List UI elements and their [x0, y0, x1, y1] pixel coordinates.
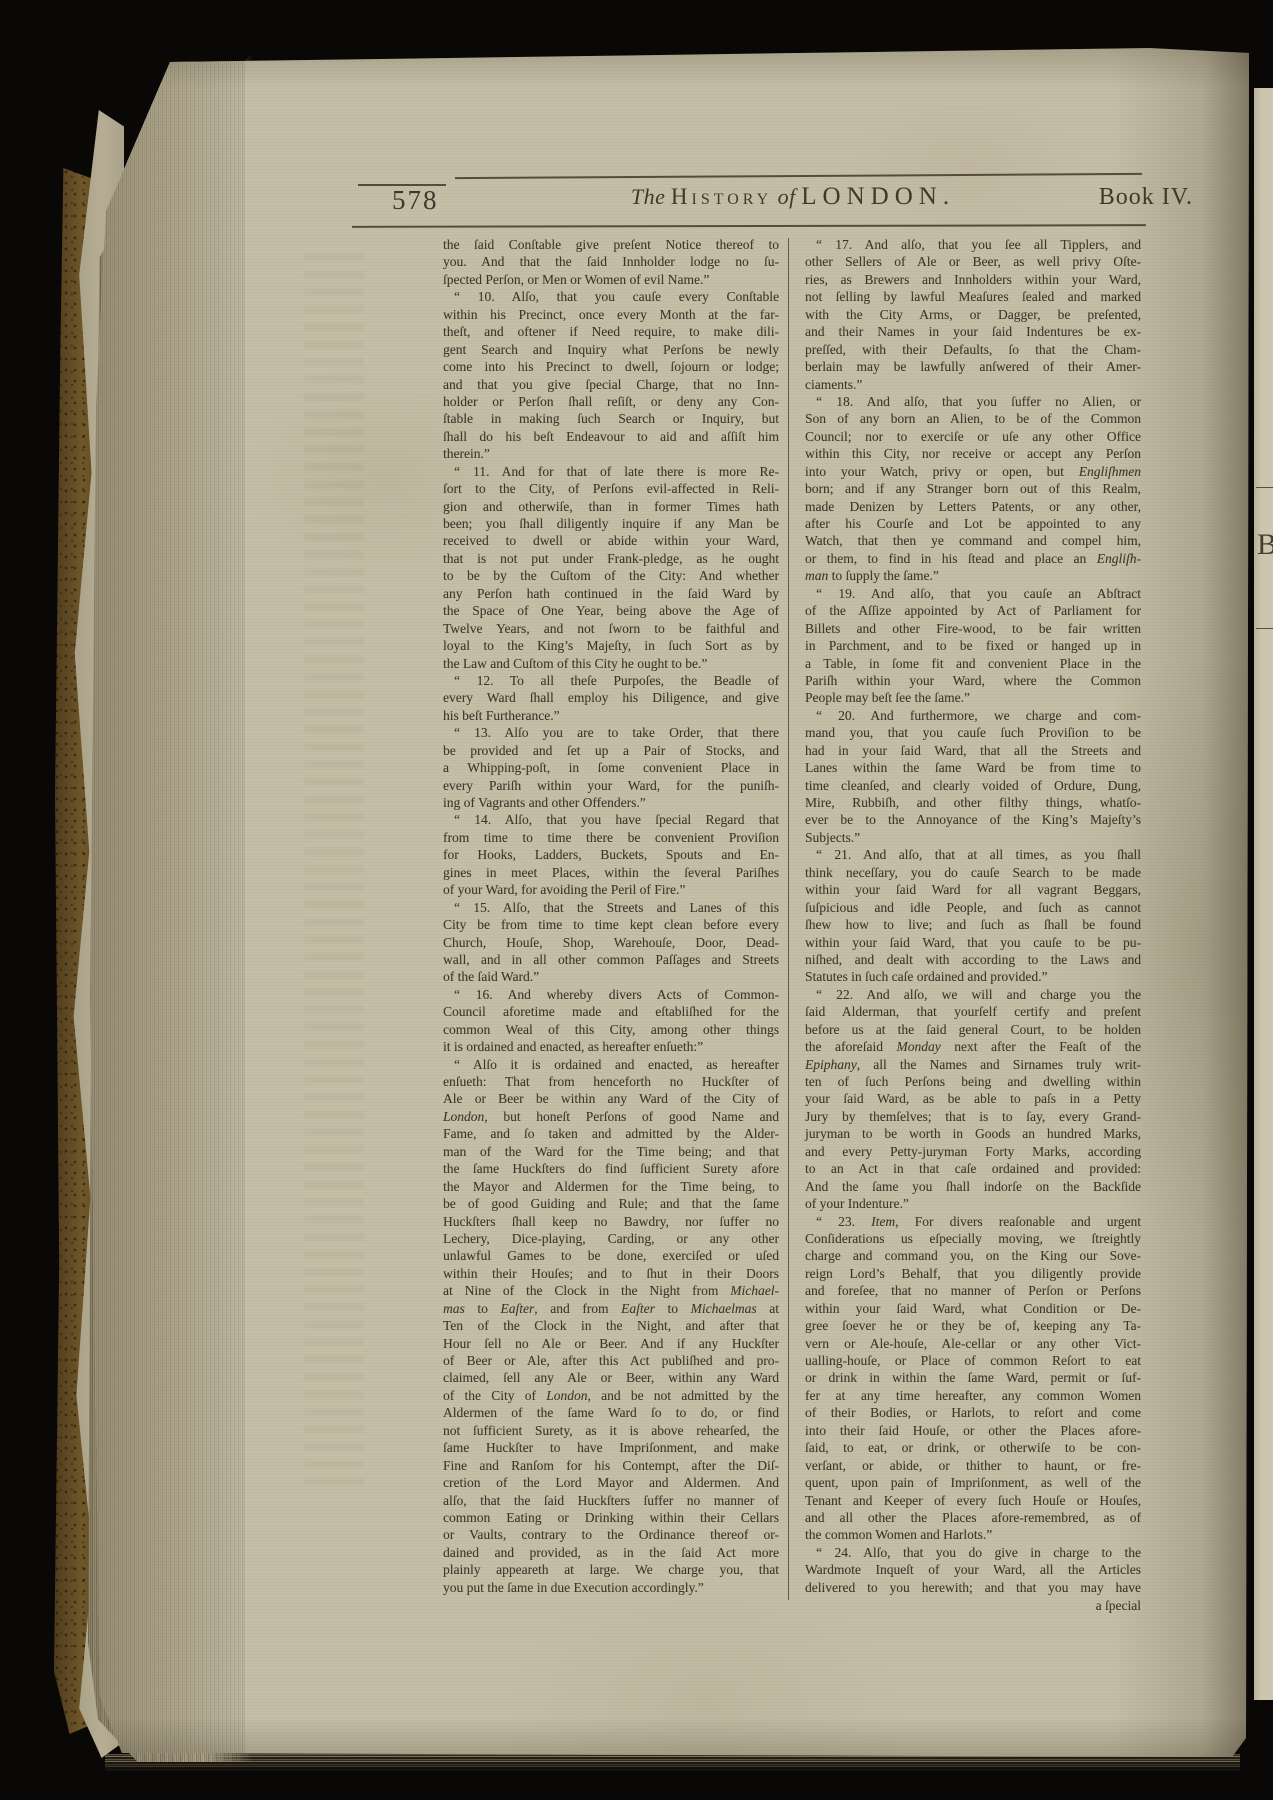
text-line: the ſaid Conſtable give preſent Notice t…	[443, 236, 779, 253]
text-line: any Perſon hath continued in the ſaid Wa…	[443, 585, 779, 602]
text-line: ſtable in making ſuch Search or Inquiry,…	[443, 410, 779, 427]
text-line: born; and if any Stranger born out of th…	[805, 480, 1141, 497]
text-line: the ſame Huckſters do find ſufficient Su…	[443, 1160, 779, 1177]
text-line: of Beer or Ale, after this Act publiſhed…	[443, 1352, 779, 1369]
text-line: “ 18. And alſo, that you ſuffer no Alien…	[805, 393, 1141, 410]
text-line: into your Watch, privy or open, but Engl…	[805, 463, 1141, 480]
text-line: enſueth: That from henceforth no Huckſte…	[443, 1073, 779, 1090]
text-line: within this City, nor receive or accept …	[805, 445, 1141, 462]
text-line: Huckſters ſhall keep no Bawdry, nor ſuff…	[443, 1213, 779, 1230]
text-line: Tenant and Keeper of every ſuch Houſe or…	[805, 1492, 1141, 1509]
text-line: and their Names in your ſaid Indentures …	[805, 323, 1141, 340]
text-line: into their ſaid Houſe, or other the Plac…	[805, 1422, 1141, 1439]
text-line: alſo, that the ſaid Huckſters ſuffer no …	[443, 1492, 779, 1509]
text-line: ſaid Alderman, that yourſelf certify and…	[805, 1003, 1141, 1020]
text-line: “ 13. Alſo you are to take Order, that t…	[443, 724, 779, 741]
title-word-the: The	[631, 184, 666, 209]
title-word-london: LONDON.	[801, 183, 955, 210]
text-line: common Eating or Drinking within their C…	[443, 1509, 779, 1526]
text-line: that is not put under Frank-pledge, as h…	[443, 550, 779, 567]
text-line: every Pariſh within your Ward, for the p…	[443, 777, 779, 794]
text-line: delivered to you herewith; and that you …	[805, 1579, 1141, 1596]
text-line: Twelve Years, and not ſworn to be faithf…	[443, 620, 779, 637]
next-page-letter: B	[1257, 528, 1273, 562]
title-word-of: of	[778, 184, 796, 209]
text-line: within their Houſes; and to ſhut in thei…	[443, 1265, 779, 1282]
text-line: Son of any born an Alien, to be of the C…	[805, 410, 1141, 427]
next-page-header-rule-top	[1256, 487, 1273, 488]
text-line: ten of ſuch Perſons being and dwelling w…	[805, 1073, 1141, 1090]
text-line: Epiphany, all the Names and Sirnames tru…	[805, 1056, 1141, 1073]
text-line: “ 16. And whereby divers Acts of Common-	[443, 986, 779, 1003]
text-line: “ 19. And alſo, that you cauſe an Abſtra…	[805, 585, 1141, 602]
text-line: time cleanſed, and clearly voided of Ord…	[805, 777, 1141, 794]
text-line: fer at any time hereafter, any common Wo…	[805, 1387, 1141, 1404]
text-line: within your ſaid Ward, what Condition or…	[805, 1300, 1141, 1317]
text-line: within your ſaid Ward for all vagrant Be…	[805, 881, 1141, 898]
text-line: therein.”	[443, 445, 779, 462]
text-line: be provided and ſet up a Pair of Stocks,…	[443, 742, 779, 759]
page-bottom-edges	[105, 1754, 1240, 1772]
title-word-history: History	[671, 184, 772, 209]
text-line: “ Alſo it is ordained and enacted, as he…	[443, 1056, 779, 1073]
text-line: the common Women and Harlots.”	[805, 1526, 1141, 1543]
text-line: after his Courſe and Lot be appointed to…	[805, 515, 1141, 532]
text-line: Ale or Beer be within any Ward of the Ci…	[443, 1090, 779, 1107]
text-line: preſſed, with their Defaults, ſo that th…	[805, 341, 1141, 358]
text-line: it is ordained and enacted, as hereafter…	[443, 1038, 779, 1055]
page-number: 578	[392, 185, 439, 216]
text-line: of the ſaid Ward.”	[443, 968, 779, 985]
text-line: reign Lord’s Behalf, that you diligently…	[805, 1265, 1141, 1282]
text-line: theſt, and oftener if Need require, to m…	[443, 323, 779, 340]
left-column: the ſaid Conſtable give preſent Notice t…	[443, 236, 779, 1596]
text-line: mas to Eaſter, and from Eaſter to Michae…	[443, 1300, 779, 1317]
text-line: within your ſaid Ward, that you cauſe to…	[805, 934, 1141, 951]
text-line: berlain may be lawfully anſwered of thei…	[805, 358, 1141, 375]
text-line: the Space of One Year, being above the A…	[443, 602, 779, 619]
header-rule-bottom	[352, 224, 1146, 227]
text-line: Church, Houſe, Shop, Warehouſe, Door, De…	[443, 934, 779, 951]
text-line: “ 23. Item, For divers reaſonable and ur…	[805, 1213, 1141, 1230]
text-line: “ 21. And alſo, that at all times, as yo…	[805, 846, 1141, 863]
text-line: from time to time there be convenient Pr…	[443, 829, 779, 846]
text-line: other Sellers of Ale or Beer, as well pr…	[805, 253, 1141, 270]
book-page: 578 The History of LONDON. Book IV. the …	[86, 46, 1249, 1760]
text-line: London, but honeſt Perſons of good Name …	[443, 1108, 779, 1125]
text-line: cretion of the Lord Mayor and Aldermen. …	[443, 1474, 779, 1491]
text-line: Lechery, Dice-playing, Carding, or any o…	[443, 1230, 779, 1247]
text-line: mand you, that you cauſe ſuch Proviſion …	[805, 724, 1141, 741]
text-line: Wardmote Inqueſt of your Ward, all the A…	[805, 1561, 1141, 1578]
text-line: come into his Precinct to dwell, ſojourn…	[443, 358, 779, 375]
text-line: and every Petty-juryman Forty Marks, acc…	[805, 1143, 1141, 1160]
text-line: ing of Vagrants and other Offenders.”	[443, 794, 779, 811]
text-line: Subjects.”	[805, 829, 1141, 846]
text-line: not ſelling by lawful Meaſures ſealed an…	[805, 288, 1141, 305]
text-line: the Law and Cuſtom of this City he ought…	[443, 655, 779, 672]
text-line: a Table, in ſome fit and convenient Plac…	[805, 655, 1141, 672]
text-line: ſpected Perſon, or Men or Women of evil …	[443, 271, 779, 288]
text-line: with the City Arms, or Dagger, be preſen…	[805, 306, 1141, 323]
text-line: plainly appeareth at large. We charge yo…	[443, 1561, 779, 1578]
text-line: think neceſſary, you do cauſe Search to …	[805, 864, 1141, 881]
text-line: you put the ſame in due Execution accord…	[443, 1579, 779, 1596]
text-line: ries, as Brewers and Innholders within y…	[805, 271, 1141, 288]
text-line: or them, to find in his ſtead and place …	[805, 550, 1141, 567]
text-line: niſhed, and dealt with according to the …	[805, 951, 1141, 968]
text-line: “ 15. Alſo, that the Streets and Lanes o…	[443, 899, 779, 916]
text-line: and foreſee, that no manner of Perſon or…	[805, 1282, 1141, 1299]
text-line: the aforeſaid Monday next after the Feaſ…	[805, 1038, 1141, 1055]
text-line: ever be to the Annoyance of the King’s M…	[805, 811, 1141, 828]
text-line: “ 12. To all theſe Purpoſes, the Beadle …	[443, 672, 779, 689]
text-line: received to dwell or abide within your W…	[443, 532, 779, 549]
text-line: Lanes within the ſame Ward be from time …	[805, 759, 1141, 776]
right-column: “ 17. And alſo, that you ſee all Tippler…	[805, 236, 1141, 1596]
text-line: in Parchment, and to be fixed or hanged …	[805, 637, 1141, 654]
text-line: ſame Huckſter to have Impriſonment, and …	[443, 1439, 779, 1456]
text-line: before us at the ſaid general Court, to …	[805, 1021, 1141, 1038]
header-rule-top	[455, 173, 1142, 179]
text-line: wall, and in all other common Paſſages a…	[443, 951, 779, 968]
catchword: a ſpecial	[805, 1598, 1141, 1614]
show-through-ghost	[304, 246, 364, 1486]
text-line: gines in meet Places, within the ſeveral…	[443, 864, 779, 881]
text-line: juryman to be worth in Goods an hundred …	[805, 1125, 1141, 1142]
text-line: Council aforetime made and eſtabliſhed f…	[443, 1003, 779, 1020]
text-line: Statutes in ſuch caſe ordained and provi…	[805, 968, 1141, 985]
text-line: at Nine of the Clock in the Night from M…	[443, 1282, 779, 1299]
next-page-header-rule-bottom	[1256, 628, 1273, 629]
text-line: And the ſame you ſhall indorſe on the Ba…	[805, 1178, 1141, 1195]
text-line: ſaid, to eat, or drink, or otherwiſe to …	[805, 1439, 1141, 1456]
text-line: your ſaid Ward, as be able to paſs in a …	[805, 1090, 1141, 1107]
text-line: be of good Guiding and Rule; and that th…	[443, 1195, 779, 1212]
text-line: dained and provided, as in the ſaid Act …	[443, 1544, 779, 1561]
text-line: Conſiderations us eſpecially moving, we …	[805, 1230, 1141, 1247]
text-line: “ 10. Alſo, that you cauſe every Conſtab…	[443, 288, 779, 305]
text-line: the Mayor and Aldermen for the Time bein…	[443, 1178, 779, 1195]
text-line: “ 22. And alſo, we will and charge you t…	[805, 986, 1141, 1003]
text-line: his beſt Furtherance.”	[443, 707, 779, 724]
text-line: gion and otherwiſe, than in former Times…	[443, 498, 779, 515]
text-line: and all other the Places afore-remembred…	[805, 1509, 1141, 1526]
text-line: Jury by themſelves; that is to ſay, ever…	[805, 1108, 1141, 1125]
text-line: every Ward ſhall employ his Diligence, a…	[443, 689, 779, 706]
text-line: Hour ſell no Ale or Beer. And if any Huc…	[443, 1335, 779, 1352]
text-line: Aldermen of the ſame Ward ſo to do, or f…	[443, 1404, 779, 1421]
text-line: or drink in within the ſame Ward, permit…	[805, 1369, 1141, 1386]
text-line: to an Act in that caſe ordained and prov…	[805, 1160, 1141, 1177]
text-line: Ten of the Clock in the Night, and after…	[443, 1317, 779, 1334]
text-line: Fine and Ranſom for his Contempt, after …	[443, 1457, 779, 1474]
text-line: charge and command you, on the King our …	[805, 1247, 1141, 1264]
text-line: vern or Ale-houſe, Ale-cellar or any oth…	[805, 1335, 1141, 1352]
text-line: claimed, ſell any Ale or Beer, within an…	[443, 1369, 779, 1386]
text-line: ſhew how to live; and ſuch as ſhall be f…	[805, 916, 1141, 933]
text-line: gent Search and Inquiry what Perſons be …	[443, 341, 779, 358]
text-line: not ſufficient Surety, as it is above re…	[443, 1422, 779, 1439]
text-line: ciaments.”	[805, 376, 1141, 393]
text-line: Pariſh within your Ward, where the Commo…	[805, 672, 1141, 689]
text-line: holder or Perſon ſhall reſiſt, or deny a…	[443, 393, 779, 410]
text-line: made Denizen by Letters Patents, or any …	[805, 498, 1141, 515]
text-line: you. And that the ſaid Innholder lodge n…	[443, 253, 779, 270]
text-line: verſant, or abide, or thither to haunt, …	[805, 1457, 1141, 1474]
text-line: common Weal of this City, among other th…	[443, 1021, 779, 1038]
scanned-book-photo: 578 The History of LONDON. Book IV. the …	[0, 0, 1273, 1800]
text-line: City be from time to time kept clean bef…	[443, 916, 779, 933]
text-line: man of the Ward for the Time being; and …	[443, 1143, 779, 1160]
text-line: within his Precinct, once every Month at…	[443, 306, 779, 323]
text-line: of the City of London, and be not admitt…	[443, 1387, 779, 1404]
text-line: Fame, and ſo taken and admitted by the A…	[443, 1125, 779, 1142]
next-page-sliver: B	[1254, 88, 1273, 1700]
text-line: a Whipping-poſt, in ſome convenient Plac…	[443, 759, 779, 776]
text-line: gree ſoever he or they be of, keeping an…	[805, 1317, 1141, 1334]
text-line: ſhall do his beſt Endeavour to aid and a…	[443, 428, 779, 445]
text-line: People may beſt ſee the ſame.”	[805, 689, 1141, 706]
text-line: Billets and other Fire-wood, to be fair …	[805, 620, 1141, 637]
text-line: been; you ſhall diligently inquire if an…	[443, 515, 779, 532]
text-line: “ 14. Alſo, that you have ſpecial Regard…	[443, 811, 779, 828]
text-line: Watch, that then ye command and compel h…	[805, 532, 1141, 549]
text-line: of your Ward, for avoiding the Peril of …	[443, 881, 779, 898]
text-line: had in your ſaid Ward, that all the Stre…	[805, 742, 1141, 759]
text-line: “ 17. And alſo, that you ſee all Tippler…	[805, 236, 1141, 253]
text-line: quent, upon pain of Impriſonment, as wel…	[805, 1474, 1141, 1491]
text-line: “ 11. And for that of late there is more…	[443, 463, 779, 480]
text-line: ſort to the City, of Perſons evil-affect…	[443, 480, 779, 497]
column-divider	[788, 238, 789, 1600]
text-line: ualling-houſe, or Place of common Reſort…	[805, 1352, 1141, 1369]
text-line: Mire, Rubbiſh, and other filthy things, …	[805, 794, 1141, 811]
text-line: loyal to the King’s Majeſty, in ſuch Sor…	[443, 637, 779, 654]
text-line: “ 20. And furthermore, we charge and com…	[805, 707, 1141, 724]
text-line: of their Bodies, or Harlots, to reſort a…	[805, 1404, 1141, 1421]
text-line: “ 24. Alſo, that you do give in charge t…	[805, 1544, 1141, 1561]
text-line: and that you give ſpecial Charge, that n…	[443, 376, 779, 393]
text-line: unlawful Games to be done, exerciſed or …	[443, 1247, 779, 1264]
text-line: of your Indenture.”	[805, 1195, 1141, 1212]
text-line: ſuſpicious and idle People, and ſuch as …	[805, 899, 1141, 916]
text-line: of the Aſſize appointed by Act of Parlia…	[805, 602, 1141, 619]
text-line: for Hooks, Ladders, Buckets, Spouts and …	[443, 846, 779, 863]
book-label: Book IV.	[991, 184, 1193, 211]
text-line: to be by the Cuſtom of the City: And whe…	[443, 567, 779, 584]
text-line: or Vaults, contrary to the Ordinance the…	[443, 1526, 779, 1543]
text-line: Council; nor to exerciſe or uſe any othe…	[805, 428, 1141, 445]
text-line: man to ſupply the ſame.”	[805, 567, 1141, 584]
